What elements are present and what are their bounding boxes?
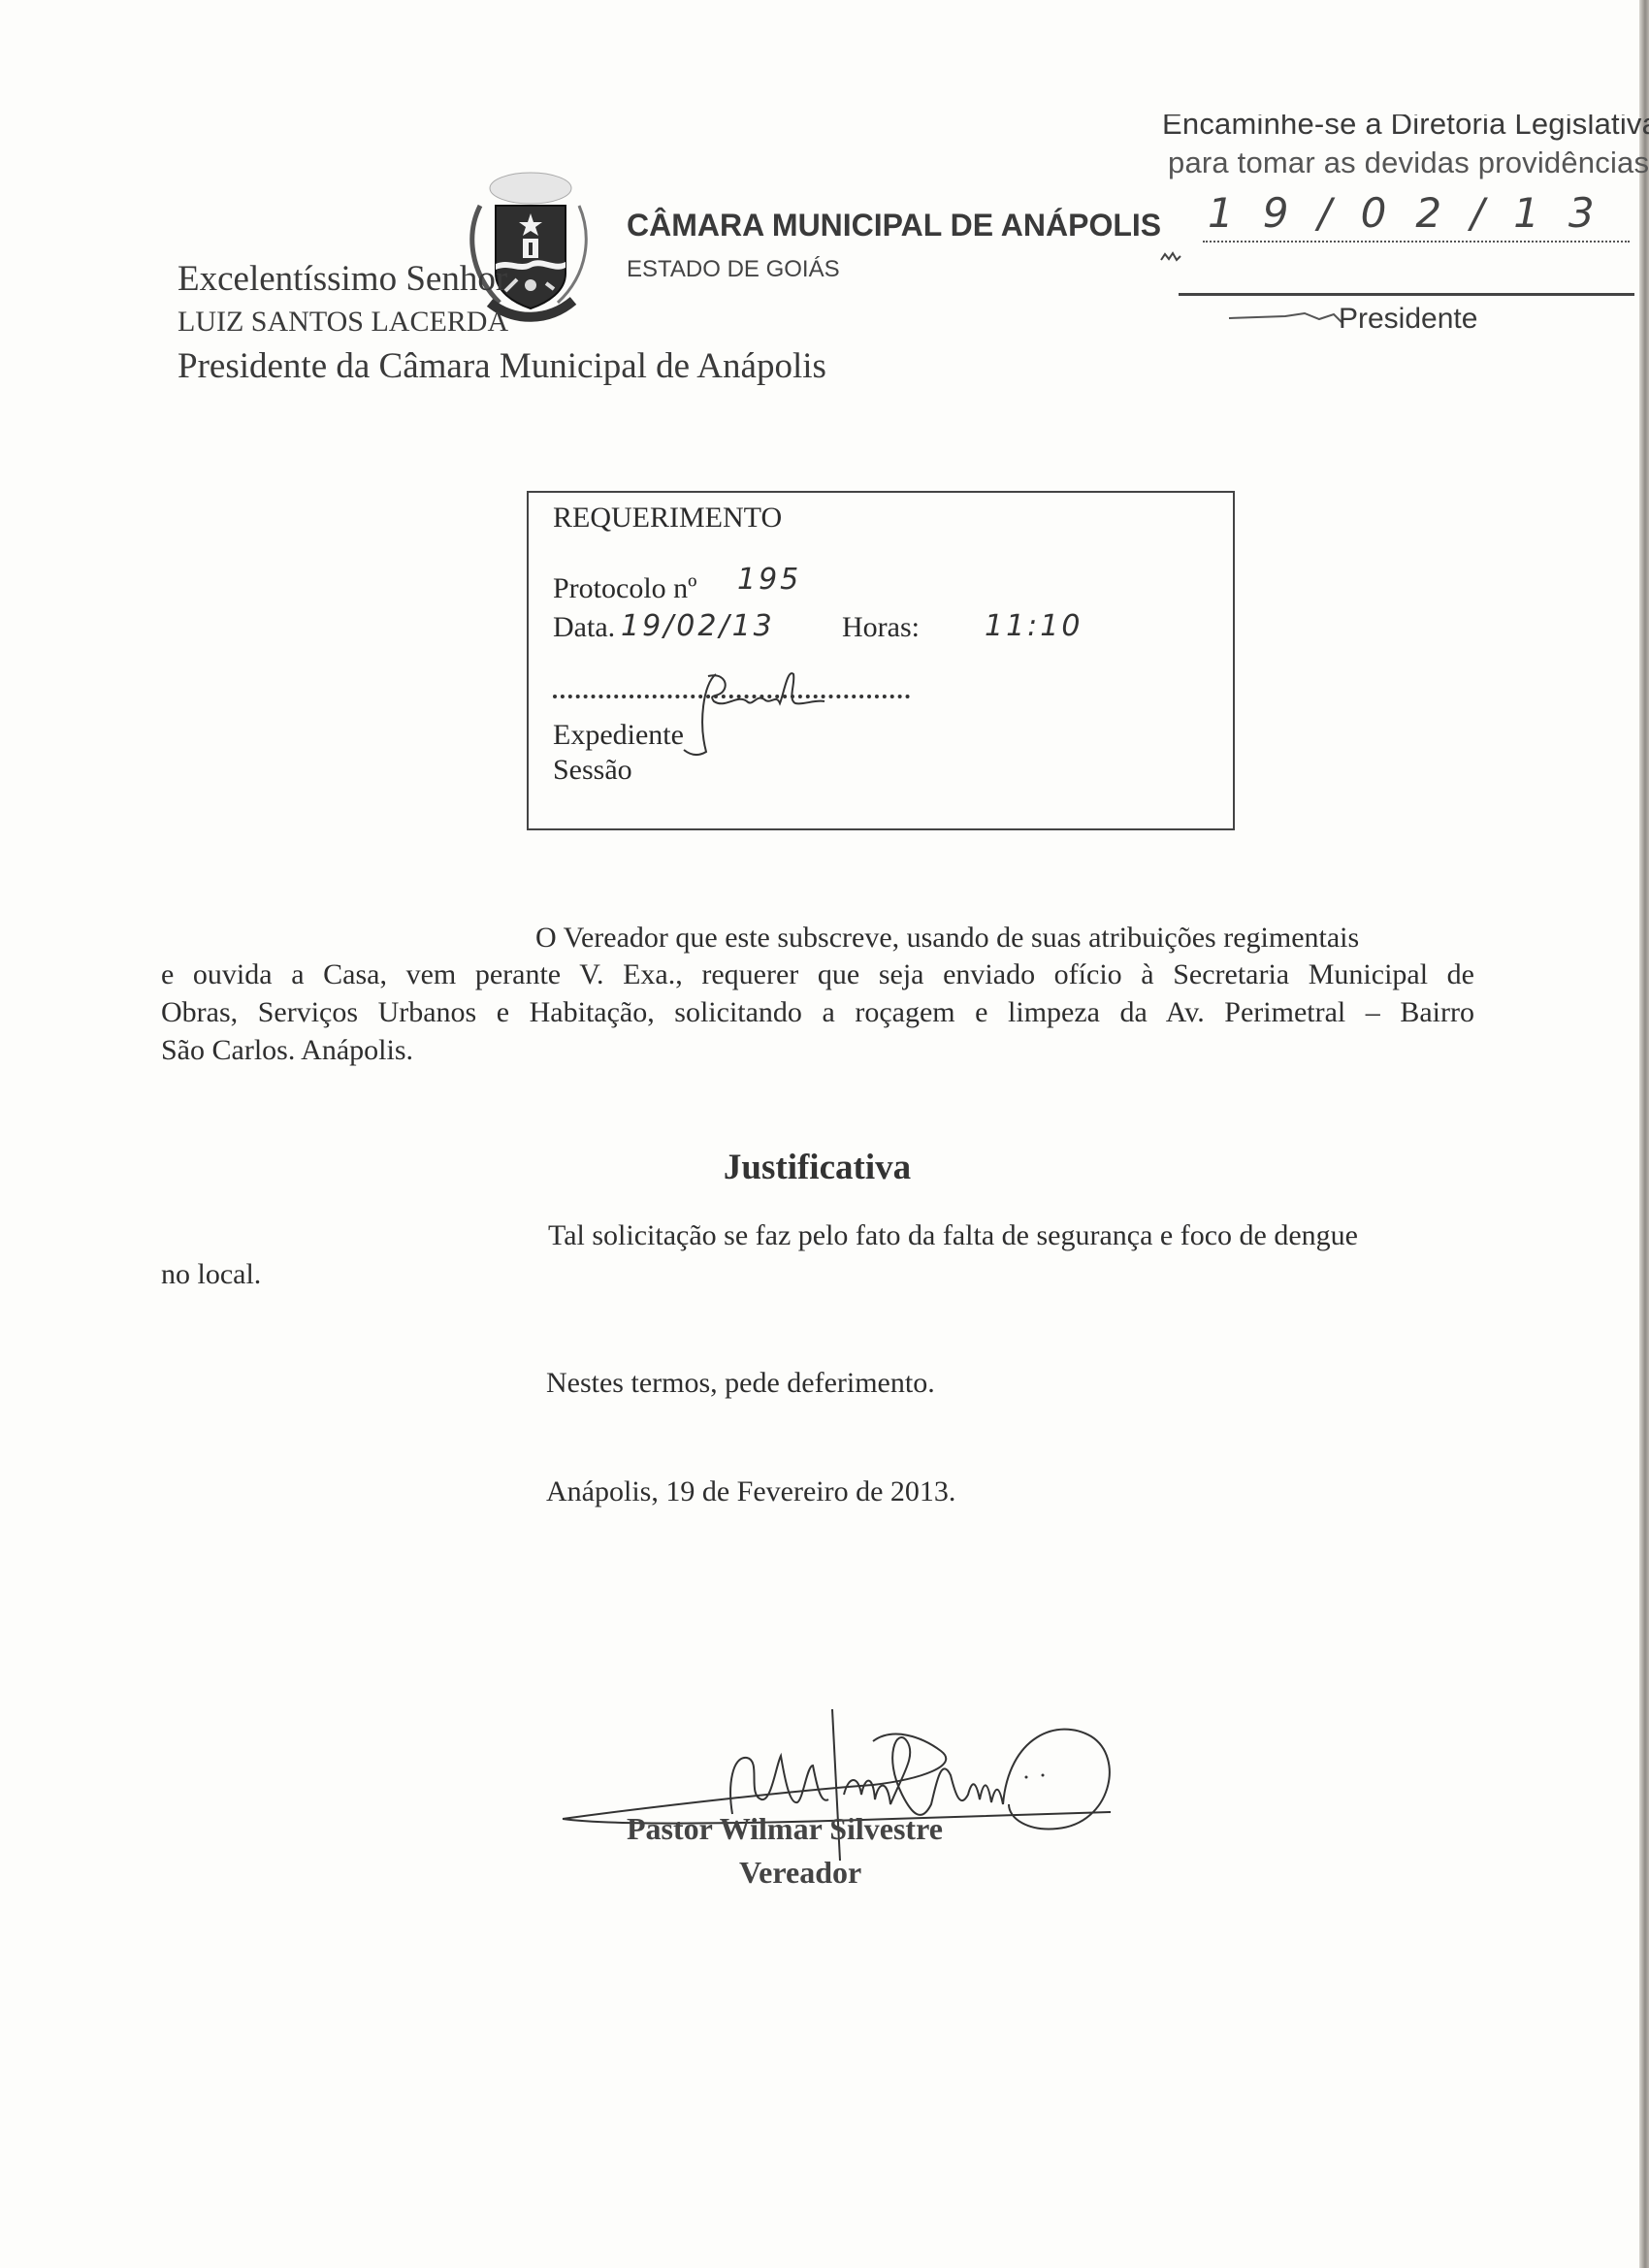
justification-line-1: Tal solicitação se faz pelo fato da falt…: [548, 1219, 1358, 1252]
addressee-salutation: Excelentíssimo Senhor: [178, 258, 507, 300]
scan-edge: [1639, 0, 1649, 2268]
horas-label: Horas:: [842, 611, 920, 644]
ink-mark-icon: [1159, 250, 1182, 266]
stamp-date-line: [1203, 241, 1630, 243]
data-value: 19/02/13: [621, 609, 775, 643]
stamp-signature-scribble-icon: [1227, 310, 1343, 324]
justification-heading: Justificativa: [0, 1147, 1634, 1188]
signatory-role: Vereador: [739, 1855, 861, 1891]
stamp-signature-line: [1179, 293, 1634, 296]
stamp-handwritten-date: 19/02/13: [1208, 189, 1624, 237]
stamp-signature-title: Presidente: [1339, 303, 1477, 336]
paragraph-line-3: Obras, Serviços Urbanos e Habitação, sol…: [161, 996, 1474, 1029]
sessao-label: Sessão: [553, 754, 632, 787]
place-and-date: Anápolis, 19 de Fevereiro de 2013.: [546, 1475, 955, 1508]
signatory-name: Pastor Wilmar Silvestre: [627, 1811, 943, 1847]
protocolo-value: 195: [737, 563, 801, 597]
paragraph-line-1: O Vereador que este subscreve, usando de…: [535, 922, 1359, 955]
stamp-line-1: Encaminhe-se a Diretoria Legislativa: [1162, 107, 1649, 142]
horas-value: 11:10: [985, 609, 1083, 643]
protocolo-label: Protocolo nº: [553, 572, 696, 605]
expediente-label: Expediente: [553, 719, 684, 752]
justification-line-2: no local.: [161, 1258, 261, 1291]
paragraph-line-2: e ouvida a Casa, vem perante V. Exa., re…: [161, 958, 1474, 991]
paragraph-line-4: São Carlos. Anápolis.: [161, 1034, 413, 1067]
letterhead-title: CÂMARA MUNICIPAL DE ANÁPOLIS: [627, 208, 1161, 243]
data-label: Data.: [553, 611, 615, 644]
requerimento-box: [527, 491, 1235, 830]
addressee-name: LUIZ SANTOS LACERDA: [178, 306, 508, 339]
letterhead-subtitle: ESTADO DE GOIÁS: [627, 256, 840, 283]
addressee-role: Presidente da Câmara Municipal de Anápol…: [178, 345, 826, 387]
stamp-line-2: para tomar as devidas providências: [1168, 146, 1649, 180]
requerimento-title: REQUERIMENTO: [553, 502, 782, 535]
clerk-signature-icon: [679, 664, 902, 761]
closing-text: Nestes termos, pede deferimento.: [546, 1367, 935, 1400]
